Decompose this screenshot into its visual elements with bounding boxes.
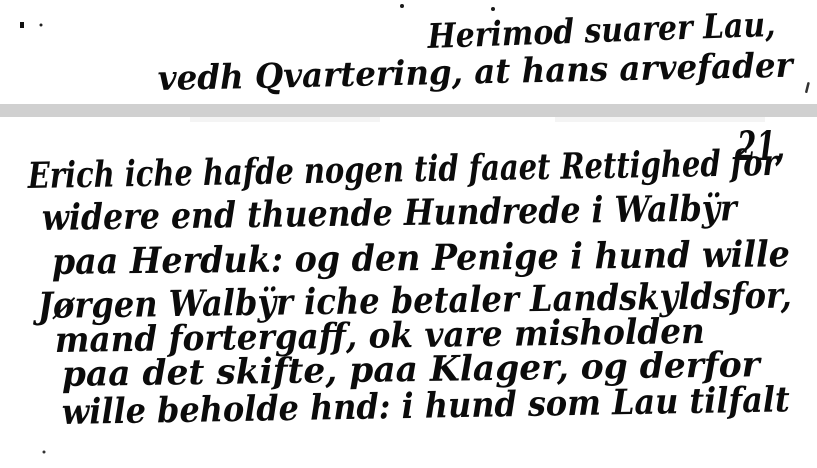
scan-seam-band — [0, 104, 817, 117]
manuscript-canvas: Herimod suarer Lau, vedh Qvartering, at … — [0, 0, 817, 468]
scan-smudge — [555, 117, 765, 122]
manuscript-scan: Herimod suarer Lau, vedh Qvartering, at … — [0, 0, 817, 468]
ink-speck — [20, 22, 24, 28]
ink-speck — [43, 451, 46, 454]
scan-smudge — [190, 117, 380, 122]
body-fragment: Erich iche hafde nogen tid faaet Rettigh… — [27, 142, 792, 433]
ink-speck — [40, 24, 43, 27]
ink-speck — [400, 4, 404, 8]
ink-speck — [491, 7, 495, 11]
